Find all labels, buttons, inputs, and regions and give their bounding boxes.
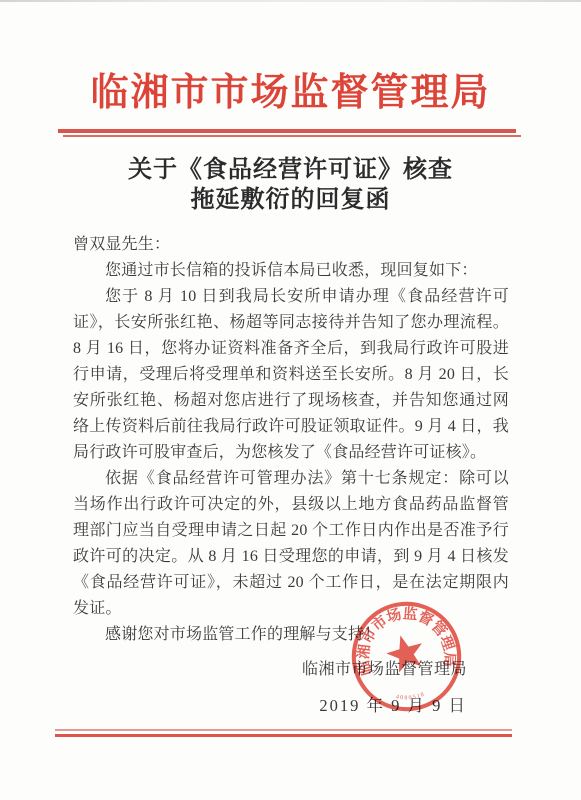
document-title-line2: 拖延敷衍的回复函 [0, 185, 581, 215]
document-title-line1: 关于《食品经营许可证》核查 [0, 155, 581, 185]
scanned-document-page: 临湘市市场监督管理局 关于《食品经营许可证》核查 拖延敷衍的回复函 曾双显先生：… [0, 0, 581, 800]
divider-thin-line [63, 135, 521, 137]
scan-edge-shadow [0, 0, 581, 2]
footer-thick-line [55, 734, 512, 738]
signature-agency-name: 临湘市市场监督管理局 [73, 656, 467, 679]
closing-block: 临湘市市场监督管理局 2019 年 9 月 9 日 [73, 656, 467, 716]
signature-date: 2019 年 9 月 9 日 [73, 692, 467, 716]
divider-thick-line [58, 129, 516, 133]
letterhead-divider-rule [58, 129, 516, 137]
document-title: 关于《食品经营许可证》核查 拖延敷衍的回复函 [0, 155, 581, 215]
letter-body: 曾双显先生： 您通过市长信箱的投诉信本局已收悉，现回复如下： 您于 8 月 10… [73, 232, 509, 648]
footer-thin-line [55, 729, 512, 731]
body-paragraph: 您于 8 月 10 日到我局长安所申请办理《食品经营许可证》，长安所张红艳、杨超… [73, 284, 509, 466]
footer-divider-rule [55, 729, 512, 737]
body-paragraph: 您通过市长信箱的投诉信本局已收悉，现回复如下： [73, 258, 509, 284]
letterhead-agency-name: 临湘市市场监督管理局 [0, 73, 581, 115]
salutation: 曾双显先生： [73, 232, 509, 258]
body-paragraph: 依据《食品经营许可管理办法》第十七条规定：除可以当场作出行政许可决定的外，县级以… [73, 466, 509, 622]
body-paragraph: 感谢您对市场监管工作的理解与支持！ [73, 622, 509, 648]
